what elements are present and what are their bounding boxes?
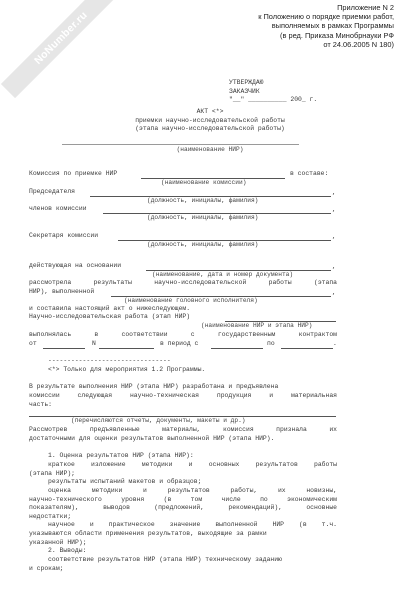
members-hint: (должность, инициалы, фамилия) — [147, 214, 258, 222]
footnote-separator: -------------------------------- — [48, 357, 171, 366]
reviewed-text: рассмотрела результаты научно-исследоват… — [29, 279, 337, 288]
customer-label: ЗАКАЗЧИК — [229, 88, 317, 97]
approve-date-field[interactable]: "__" __________ 200_ г. — [229, 96, 317, 105]
review-conclusion-cont: достаточными для оценки результатов выпо… — [29, 435, 274, 444]
period-to-label: по — [267, 340, 275, 349]
chairman-hint: (должность, инициалы, фамилия) — [147, 197, 258, 205]
section1-item1: краткое изложение методики и основных ре… — [48, 461, 337, 470]
period-start-field[interactable] — [211, 348, 263, 349]
chairman-label: Председателя — [29, 188, 75, 197]
executor-hint: (наименование головного исполнителя) — [124, 297, 258, 305]
commission-hint: (наименование комиссии) — [161, 179, 246, 187]
contract-text: выполнялась в соответствии с государстве… — [29, 331, 337, 340]
members-label: членов комиссии — [29, 205, 87, 214]
section1-item4: научное и практическое значение выполнен… — [48, 521, 337, 530]
act-title: АКТ <*> — [0, 108, 420, 117]
annex-reference: к Положению о порядке приемки работ, — [154, 12, 394, 21]
period-end-field[interactable] — [281, 348, 333, 349]
section1-item3-cont3: недостатки; — [29, 513, 71, 522]
products-list-hint: (перечисляются отчеты, документы, макеты… — [71, 417, 246, 425]
results-text-end: часть: — [29, 401, 52, 410]
work-label: Научно-исследовательская работа (этап НИ… — [29, 313, 190, 322]
review-conclusion: Рассмотрев предъявленные материалы, коми… — [29, 426, 337, 435]
annex-reference-cont: выполняемых в рамках Программы — [154, 21, 394, 30]
secretary-comma: , — [332, 233, 336, 242]
annex-number: Приложение N 2 — [154, 3, 394, 12]
act-subtitle-stage: (этапа научно-исследовательской работы) — [0, 125, 420, 134]
research-name-field[interactable] — [62, 144, 299, 145]
approval-block: УТВЕРЖДАЮ ЗАКАЗЧИК "__" __________ 200_ … — [229, 79, 317, 105]
section1-heading: 1. Оценка результатов НИР (этапа НИР): — [48, 452, 194, 461]
contract-from-label: от — [29, 340, 37, 349]
annex-date: от 24.06.2005 N 180) — [154, 40, 394, 49]
period-end-dot: . — [333, 340, 337, 349]
section2-item1: соответствие результатов НИР (этапа НИР)… — [48, 556, 282, 565]
footnote-text: <*> Только для мероприятия 1.2 Программы… — [48, 366, 205, 375]
secretary-label: Секретаря комиссии — [29, 232, 98, 241]
commission-label: Комиссия по приемке НИР — [29, 170, 117, 179]
act-subtitle: приемки научно-исследовательской работы — [0, 117, 420, 126]
results-text-cont: комиссии следующая научно-техническая пр… — [29, 392, 337, 401]
annex-header: Приложение N 2 к Положению о порядке при… — [154, 3, 394, 49]
secretary-hint: (должность, инициалы, фамилия) — [147, 241, 258, 249]
contract-date-field[interactable] — [43, 348, 85, 349]
section1-item2: результаты испытаний макетов и образцов; — [48, 478, 201, 487]
section1-item1-cont: (этапа НИР); — [29, 470, 75, 479]
work-hint: (наименование НИР и этапа НИР) — [201, 322, 312, 330]
commission-suffix: в составе: — [290, 170, 328, 179]
section2-item1-cont: и срокам; — [29, 565, 64, 574]
basis-comma: , — [332, 263, 336, 272]
annex-edition: (в ред. Приказа Минобрнауки РФ — [154, 31, 394, 40]
basis-hint: (наименование, дата и номер документа) — [152, 271, 293, 279]
section1-item3-cont2: показателям), выводов (предложений, реко… — [29, 504, 337, 513]
chairman-comma: , — [332, 189, 336, 198]
section1-item3-cont1: научно-технического уровня (в том числе … — [29, 496, 337, 505]
period-from-label: в период с — [160, 340, 198, 349]
reviewed-text-cont: НИР), выполненной — [29, 288, 94, 297]
section1-item4-cont1: указываются области применения результат… — [29, 530, 267, 539]
section1-item4-cont2: указанной НИР); — [29, 539, 87, 548]
results-text: В результате выполнения НИР (этапа НИР) … — [29, 383, 278, 392]
contract-number-label: N — [92, 340, 96, 349]
approve-label: УТВЕРЖДАЮ — [229, 79, 317, 88]
watermark: NoNumber.ru — [1, 0, 121, 98]
section2-heading: 2. Выводы: — [48, 547, 86, 556]
research-name-hint: (наименование НИР) — [0, 146, 420, 154]
basis-label: действующая на основании — [29, 262, 121, 271]
members-comma: , — [332, 206, 336, 215]
section1-item3: оценка методики и результатов работы, их… — [48, 487, 337, 496]
executor-comma: , — [332, 289, 336, 298]
contract-number-field[interactable] — [99, 348, 154, 349]
